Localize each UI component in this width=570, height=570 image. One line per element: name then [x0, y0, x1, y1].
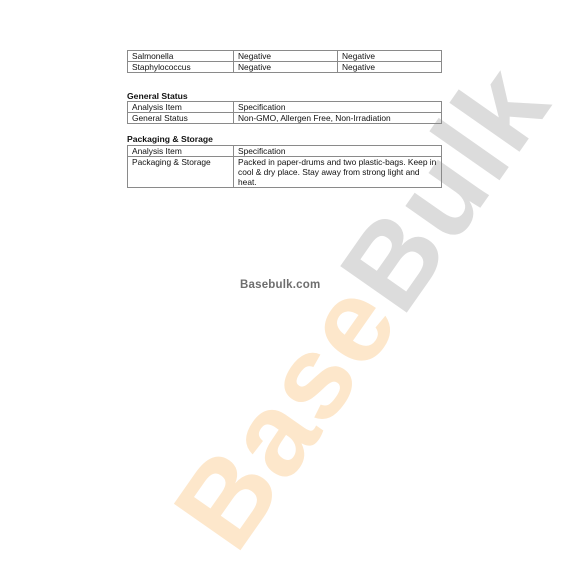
table-row: General Status Non-GMO, Allergen Free, N…	[128, 113, 442, 124]
header-specification: Specification	[234, 146, 442, 157]
microbiology-table: Salmonella Negative Negative Staphylococ…	[127, 50, 442, 73]
cell-item: Salmonella	[128, 51, 234, 62]
cell-item: General Status	[128, 113, 234, 124]
document-page: BaseBulk Salmonella Negative Negative St…	[0, 0, 570, 570]
general-status-heading: General Status	[127, 91, 188, 101]
table-row: Salmonella Negative Negative	[128, 51, 442, 62]
cell-item: Staphylococcus	[128, 62, 234, 73]
site-label: Basebulk.com	[240, 279, 320, 291]
header-item: Analysis Item	[128, 146, 234, 157]
cell-specification: Negative	[234, 62, 338, 73]
cell-specification: Packed in paper-drums and two plastic-ba…	[234, 157, 442, 188]
cell-specification: Negative	[234, 51, 338, 62]
table-row: Staphylococcus Negative Negative	[128, 62, 442, 73]
table-header-row: Analysis Item Specification	[128, 146, 442, 157]
packaging-storage-table: Analysis Item Specification Packaging & …	[127, 145, 442, 188]
general-status-table: Analysis Item Specification General Stat…	[127, 101, 442, 124]
cell-result: Negative	[338, 62, 442, 73]
cell-result: Negative	[338, 51, 442, 62]
cell-item: Packaging & Storage	[128, 157, 234, 188]
header-item: Analysis Item	[128, 102, 234, 113]
table-header-row: Analysis Item Specification	[128, 102, 442, 113]
table-row: Packaging & Storage Packed in paper-drum…	[128, 157, 442, 188]
header-specification: Specification	[234, 102, 442, 113]
cell-specification: Non-GMO, Allergen Free, Non-Irradiation	[234, 113, 442, 124]
packaging-storage-heading: Packaging & Storage	[127, 134, 213, 144]
watermark: BaseBulk	[155, 46, 569, 567]
